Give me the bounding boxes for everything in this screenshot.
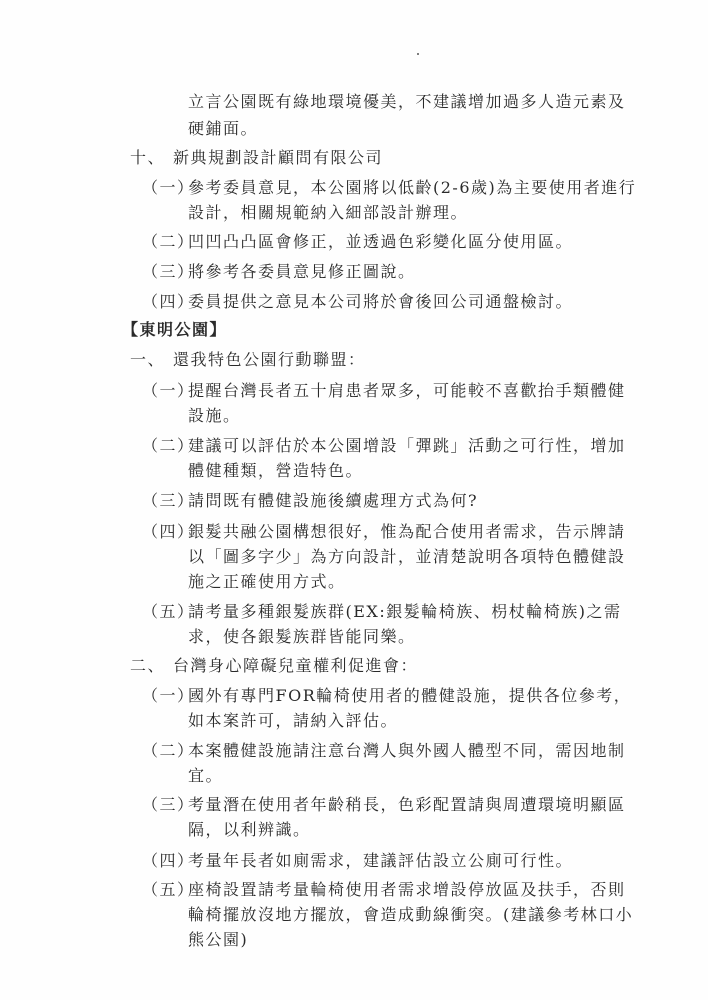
- group-title: 還我特色公園行動聯盟：: [173, 350, 366, 370]
- item-text: 熊公園): [188, 930, 248, 950]
- group-marker: 二、: [130, 656, 165, 676]
- item-marker: （三）: [142, 491, 195, 511]
- item-text: 設計，相關規範納入細部設計辦理。: [188, 203, 468, 223]
- item-marker: （三）: [142, 795, 195, 815]
- section-title: 新典規劃設計顧問有限公司: [173, 148, 383, 168]
- item-marker: （一）: [142, 178, 195, 198]
- item-text: 將參考各委員意見修正圖說。: [188, 262, 416, 282]
- item-text: 求，使各銀髮族群皆能同樂。: [188, 627, 416, 647]
- continuation-line: 硬鋪面。: [188, 119, 258, 139]
- item-marker: （二）: [142, 232, 195, 252]
- item-text: 委員提供之意見本公司將於會後回公司通盤檢討。: [188, 292, 573, 312]
- item-text: 體健種類，營造特色。: [188, 461, 363, 481]
- park-heading: 【東明公園】: [122, 320, 227, 340]
- group-title: 台灣身心障礙兒童權利促進會：: [173, 656, 418, 676]
- item-marker: （二）: [142, 436, 195, 456]
- item-text: 輪椅擺放沒地方擺放，會造成動線衝突。(建議參考林口小: [188, 905, 633, 925]
- item-marker: （五）: [142, 880, 195, 900]
- item-text: 凹凹凸凸區會修正，並透過色彩變化區分使用區。: [188, 232, 573, 252]
- item-text: 宜。: [188, 766, 223, 786]
- item-marker: （二）: [142, 741, 195, 761]
- section-marker: 十、: [130, 148, 165, 168]
- item-marker: （五）: [142, 602, 195, 622]
- item-text: 銀髮共融公園構想很好，惟為配合使用者需求，告示牌請: [188, 522, 626, 542]
- item-marker: （四）: [142, 522, 195, 542]
- item-text: 本案體健設施請注意台灣人與外國人體型不同，需因地制: [188, 741, 626, 761]
- item-text: 國外有專門FOR輪椅使用者的體健設施，提供各位參考，: [188, 686, 631, 706]
- group-marker: 一、: [130, 350, 165, 370]
- item-text: 施之正確使用方式。: [188, 572, 346, 592]
- item-text: 設施。: [188, 406, 241, 426]
- item-text: 請考量多種銀髮族群(EX:銀髮輪椅族、枴杖輪椅族)之需: [188, 602, 621, 622]
- item-text: 如本案許可，請納入評估。: [188, 711, 398, 731]
- item-text: 隔，以利辨識。: [188, 820, 311, 840]
- item-marker: （一）: [142, 686, 195, 706]
- scan-speck: [417, 53, 419, 55]
- item-text: 參考委員意見，本公園將以低齡(2-6歲)為主要使用者進行: [188, 178, 636, 198]
- item-marker: （四）: [142, 292, 195, 312]
- item-marker: （一）: [142, 381, 195, 401]
- item-text: 以「圖多字少」為方向設計，並清楚說明各項特色體健設: [188, 547, 626, 567]
- item-text: 建議可以評估於本公園增設「彈跳」活動之可行性，增加: [188, 436, 626, 456]
- item-text: 提醒台灣長者五十肩患者眾多，可能較不喜歡抬手類體健: [188, 381, 626, 401]
- item-text: 請問既有體健設施後續處理方式為何?: [188, 491, 478, 511]
- continuation-line: 立言公園既有綠地環境優美，不建議增加過多人造元素及: [188, 92, 626, 112]
- document-page: 立言公園既有綠地環境優美，不建議增加過多人造元素及 硬鋪面。 十、 新典規劃設計…: [0, 0, 708, 1000]
- item-marker: （三）: [142, 262, 195, 282]
- item-marker: （四）: [142, 851, 195, 871]
- item-text: 考量潛在使用者年齡稍長，色彩配置請與周遭環境明顯區: [188, 795, 626, 815]
- item-text: 座椅設置請考量輪椅使用者需求增設停放區及扶手，否則: [188, 880, 626, 900]
- item-text: 考量年長者如廁需求，建議評估設立公廁可行性。: [188, 851, 573, 871]
